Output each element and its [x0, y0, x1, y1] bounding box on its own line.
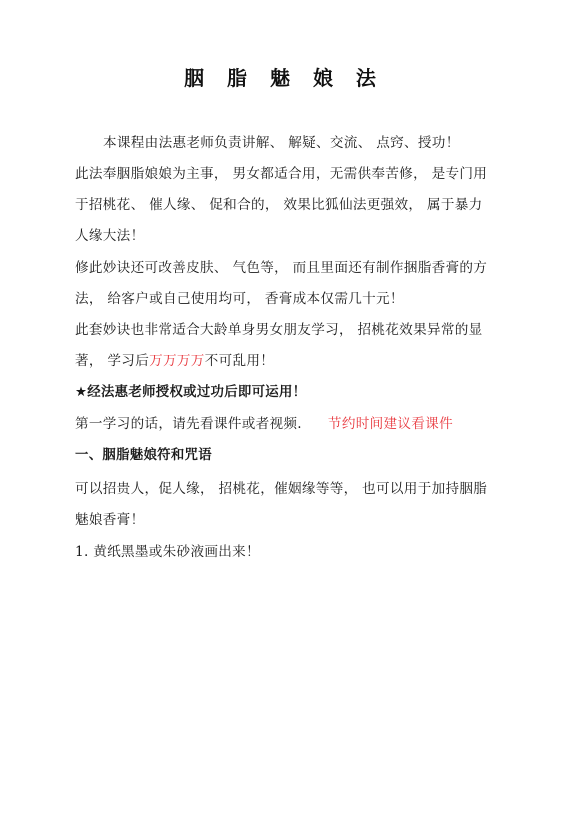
- emphasis-red-text: 万万万万: [149, 353, 205, 369]
- study-tip: 第一学习的话，请先看课件或者视频.节约时间建议看课件: [75, 412, 453, 432]
- section-heading: 一、胭脂魅娘符和咒语: [75, 444, 212, 463]
- paragraph-line: 此套妙诀也非常适合大龄单身男女朋友学习， 招桃花效果异常的显: [75, 318, 483, 338]
- text-run: 不可乱用！: [205, 353, 274, 369]
- paragraph-line-warning: 著， 学习后万万万万不可乱用！: [75, 349, 274, 369]
- authorization-notice: ★经法惠老师授权或过功后即可运用！: [75, 381, 306, 400]
- paragraph-line: 可以招贵人，促人缘， 招桃花，催姻缘等等， 也可以用于加持胭脂: [75, 477, 487, 497]
- text-run: 第一学习的话，请先看课件或者视频.: [75, 416, 302, 432]
- intro-paragraph: 本课程由法惠老师负责讲解、 解疑、交流、 点窍、授功！: [103, 131, 460, 151]
- paragraph-line: 此法奉胭脂娘娘为主事， 男女都适合用，无需供奉苦修， 是专门用: [75, 162, 487, 182]
- paragraph-line: 人缘大法！: [75, 224, 144, 244]
- paragraph-line: 法， 给客户或自己使用均可， 香膏成本仅需几十元！: [75, 287, 404, 307]
- paragraph-line: 修此妙诀还可改善皮肤、 气色等， 而且里面还有制作捆脂香膏的方: [75, 256, 487, 276]
- paragraph-line: 于招桃花、 催人缘、 促和合的， 效果比狐仙法更强效， 属于暴力: [75, 193, 483, 213]
- list-item: 1. 黄纸黑墨或朱砂液画出来！: [75, 540, 260, 560]
- document-title: 胭 脂 魅 娘 法: [0, 62, 568, 91]
- paragraph-line: 魅娘香膏！: [75, 508, 144, 528]
- document-page: 胭 脂 魅 娘 法 本课程由法惠老师负责讲解、 解疑、交流、 点窍、授功！ 此法…: [0, 0, 568, 818]
- text-run: 著， 学习后: [75, 353, 149, 369]
- tip-red-text: 节约时间建议看课件: [328, 416, 453, 432]
